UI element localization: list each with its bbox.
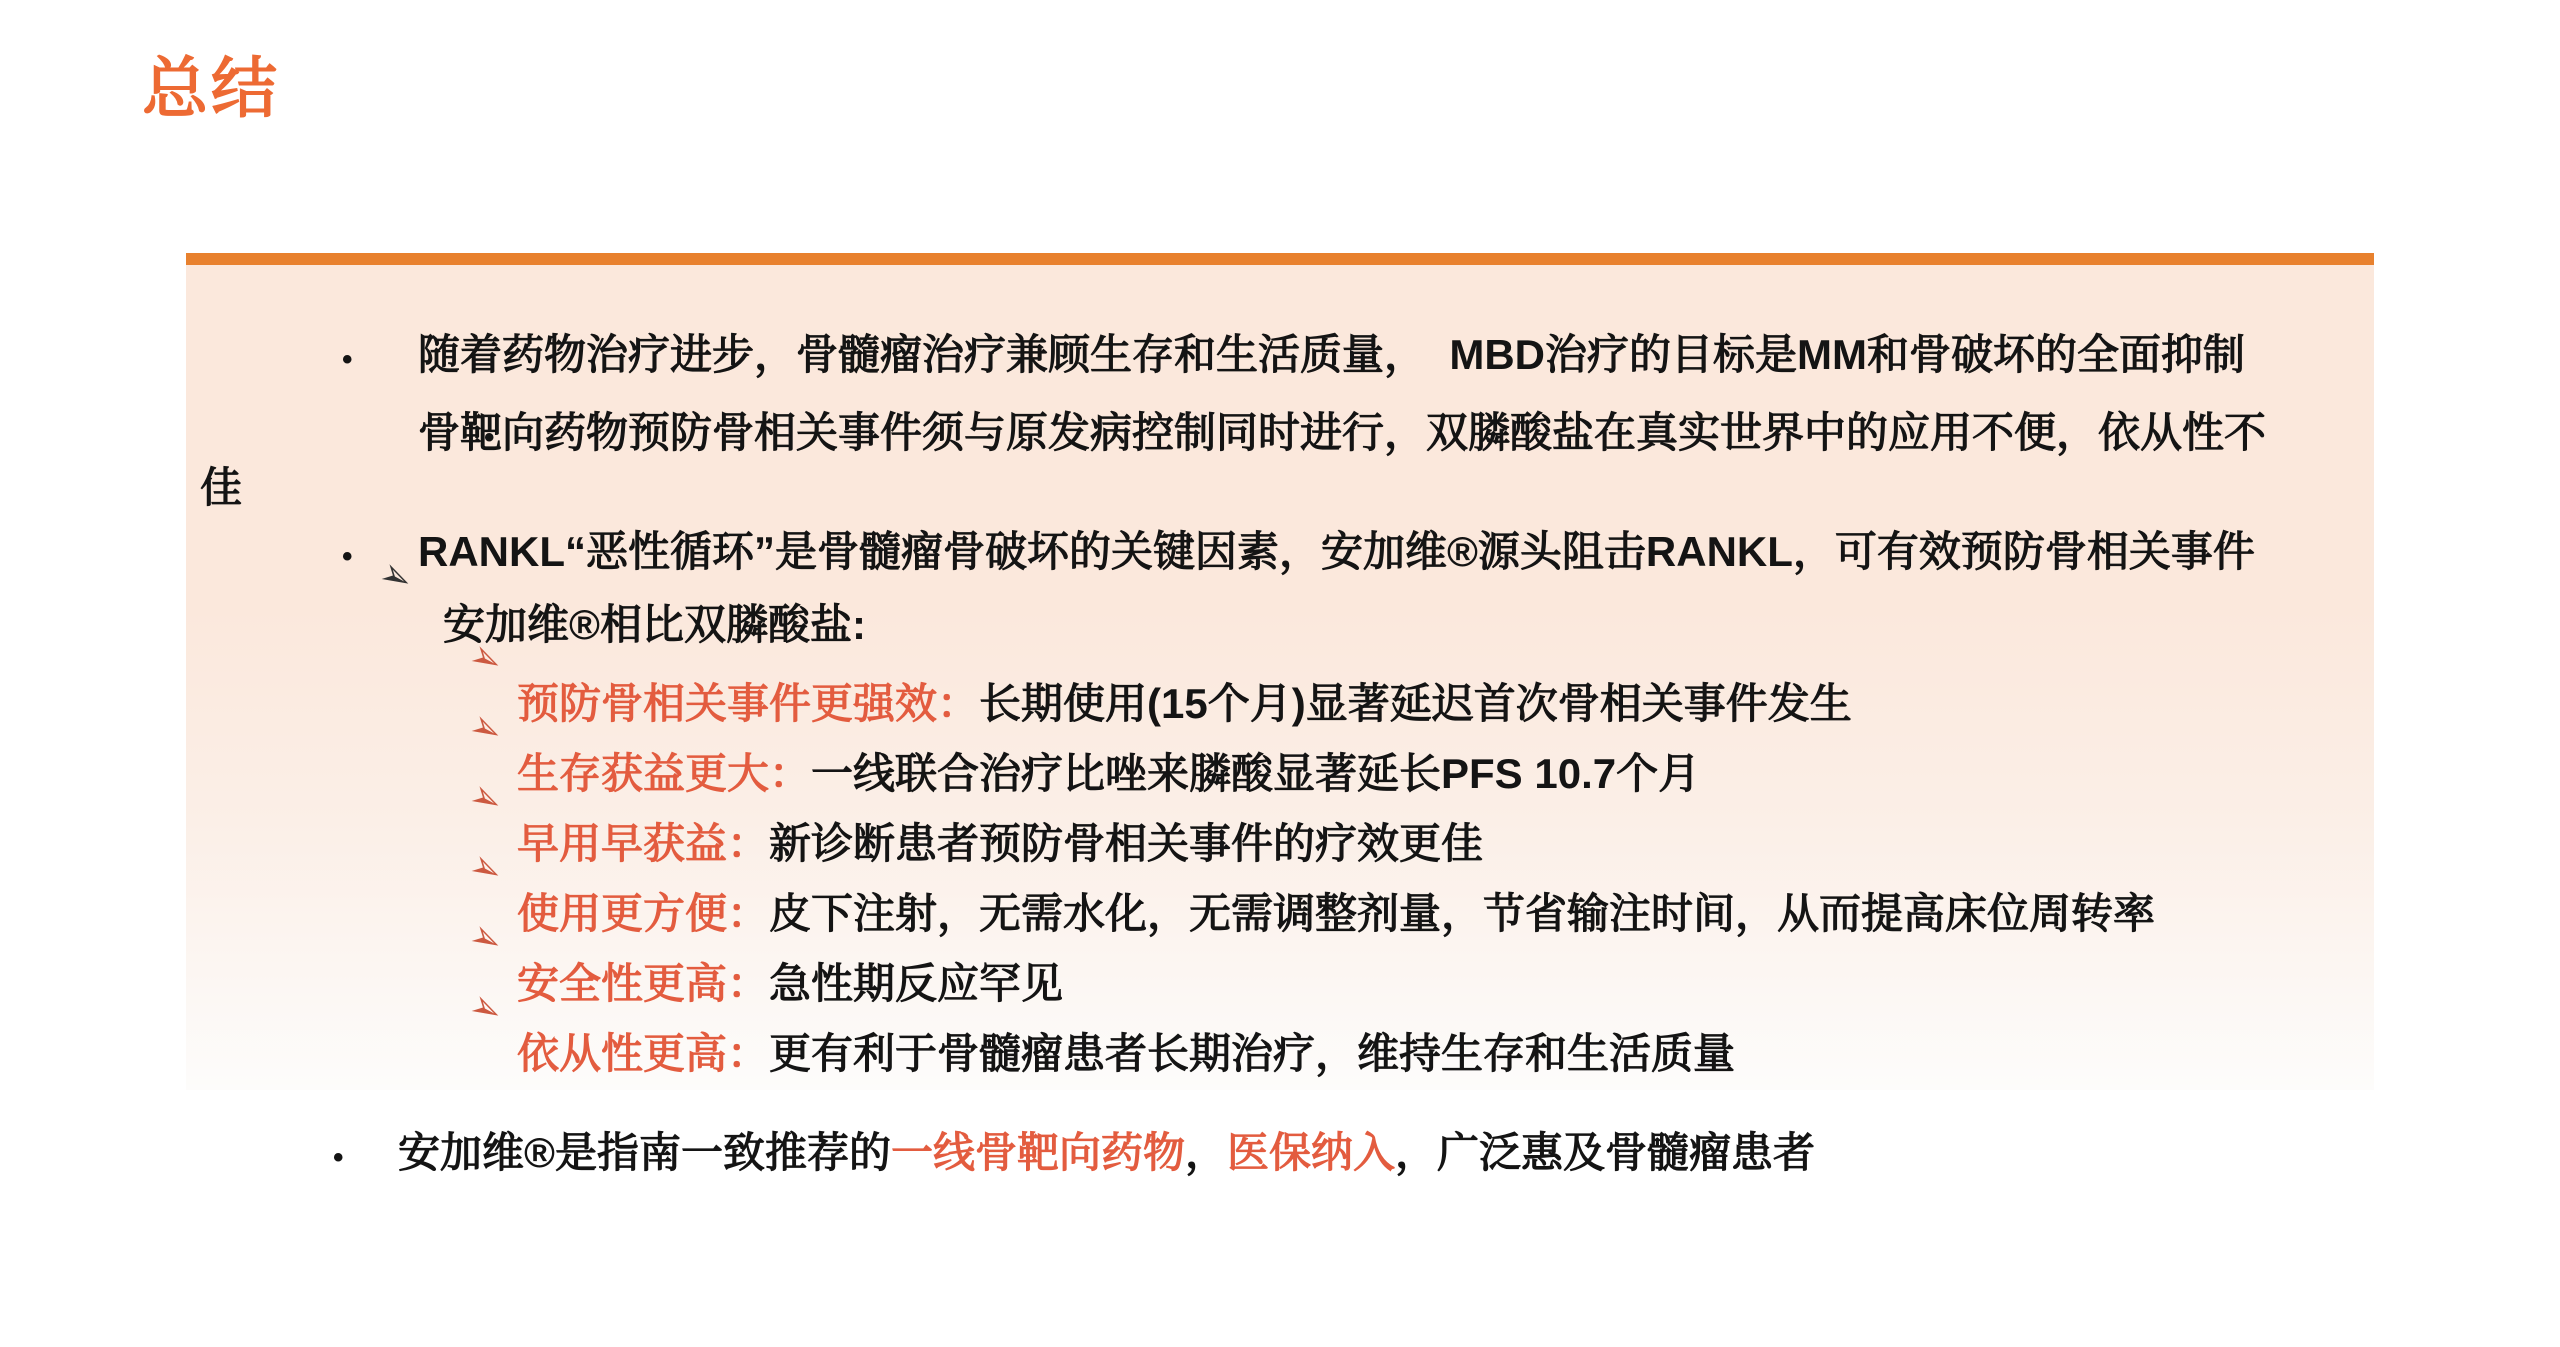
- footer-segment: ，广泛惠及骨髓瘤患者: [1395, 1129, 1815, 1176]
- arrow-marker-icon: ➢: [463, 985, 509, 1034]
- arrow-item-2: 生存获益更大：一线联合治疗比唑来膦酸显著延长PFS 10.7个月: [517, 749, 1700, 799]
- footer-bullet-line: •安加维®是指南一致推荐的一线骨靶向药物，医保纳入，广泛惠及骨髓瘤患者: [333, 1128, 2433, 1183]
- arrow-item-text: 新诊断患者预防骨相关事件的疗效更佳: [769, 820, 1483, 867]
- arrow-item-label: 依从性更高：: [517, 1030, 769, 1077]
- arrow-marker-icon: ➢: [463, 845, 509, 894]
- footer-segment: ，: [1185, 1129, 1227, 1176]
- slide-canvas: 总结 •随着药物治疗进步，骨髓瘤治疗兼顾生存和生活质量， MBD治疗的目标是MM…: [0, 0, 2560, 1347]
- bullet-dot-icon: •: [342, 335, 418, 385]
- arrow-item-text: 皮下注射，无需水化，无需调整剂量，节省输注时间，从而提高床位周转率: [769, 890, 2155, 937]
- box-top-accent-bar: [186, 253, 2374, 265]
- bullet-line-2: •骨靶向药物预防骨相关事件须与原发病控制同时进行，双膦酸盐在真实世界中的应用不便…: [200, 408, 2370, 513]
- arrow-item-label: 使用更方便：: [517, 890, 769, 937]
- arrow-item-text: 更有利于骨髓瘤患者长期治疗，维持生存和生活质量: [769, 1030, 1735, 1077]
- bullet-line-1: •随着药物治疗进步，骨髓瘤治疗兼顾生存和生活质量， MBD治疗的目标是MM和骨破…: [342, 330, 2362, 385]
- bullet-dot-icon: •: [333, 1133, 398, 1183]
- arrow-item-6: 依从性更高：更有利于骨髓瘤患者长期治疗，维持生存和生活质量: [517, 1029, 1735, 1079]
- arrow-item-5: 安全性更高：急性期反应罕见: [517, 959, 1063, 1009]
- bullet-line-3: •RANKL“恶性循环”是骨髓瘤骨破坏的关键因素，安加维®源头阻击RANKL，可…: [342, 527, 2362, 582]
- footer-segment-highlight: 一线骨靶向药物: [891, 1129, 1185, 1176]
- arrow-item-3: 早用早获益：新诊断患者预防骨相关事件的疗效更佳: [517, 819, 1483, 869]
- arrow-marker-icon: ➢: [463, 915, 509, 964]
- footer-segment-highlight: 医保纳入: [1227, 1129, 1395, 1176]
- arrow-item-label: 预防骨相关事件更强效：: [517, 680, 979, 727]
- arrow-item-text: 急性期反应罕见: [769, 960, 1063, 1007]
- arrow-item-label: 安全性更高：: [517, 960, 769, 1007]
- bullet-text-3: RANKL“恶性循环”是骨髓瘤骨破坏的关键因素，安加维®源头阻击RANKL，可有…: [418, 528, 2255, 575]
- arrow-marker-icon: ➢: [463, 775, 509, 824]
- arrow-item-text: 长期使用(15个月)显著延迟首次骨相关事件发生: [979, 680, 1852, 727]
- arrow-item-4: 使用更方便：皮下注射，无需水化，无需调整剂量，节省输注时间，从而提高床位周转率: [517, 889, 2155, 939]
- arrow-item-label: 生存获益更大：: [517, 750, 811, 797]
- bullet-text-1: 随着药物治疗进步，骨髓瘤治疗兼顾生存和生活质量， MBD治疗的目标是MM和骨破坏…: [418, 331, 2245, 378]
- arrow-item-text: 一线联合治疗比唑来膦酸显著延长PFS 10.7个月: [811, 750, 1700, 797]
- bullet-dot-icon: •: [342, 413, 418, 463]
- footer-segment: 安加维®是指南一致推荐的: [398, 1129, 891, 1176]
- page-title: 总结: [142, 52, 280, 124]
- arrow-item-1: 预防骨相关事件更强效：长期使用(15个月)显著延迟首次骨相关事件发生: [517, 679, 1852, 729]
- summary-box: •随着药物治疗进步，骨髓瘤治疗兼顾生存和生活质量， MBD治疗的目标是MM和骨破…: [186, 253, 2374, 1090]
- bullet-text-2: 骨靶向药物预防骨相关事件须与原发病控制同时进行，双膦酸盐在真实世界中的应用不便，…: [200, 409, 2266, 511]
- arrow-item-label: 早用早获益：: [517, 820, 769, 867]
- arrow-marker-icon: ➢: [463, 705, 509, 754]
- sub-heading: 安加维®相比双膦酸盐:: [443, 600, 866, 650]
